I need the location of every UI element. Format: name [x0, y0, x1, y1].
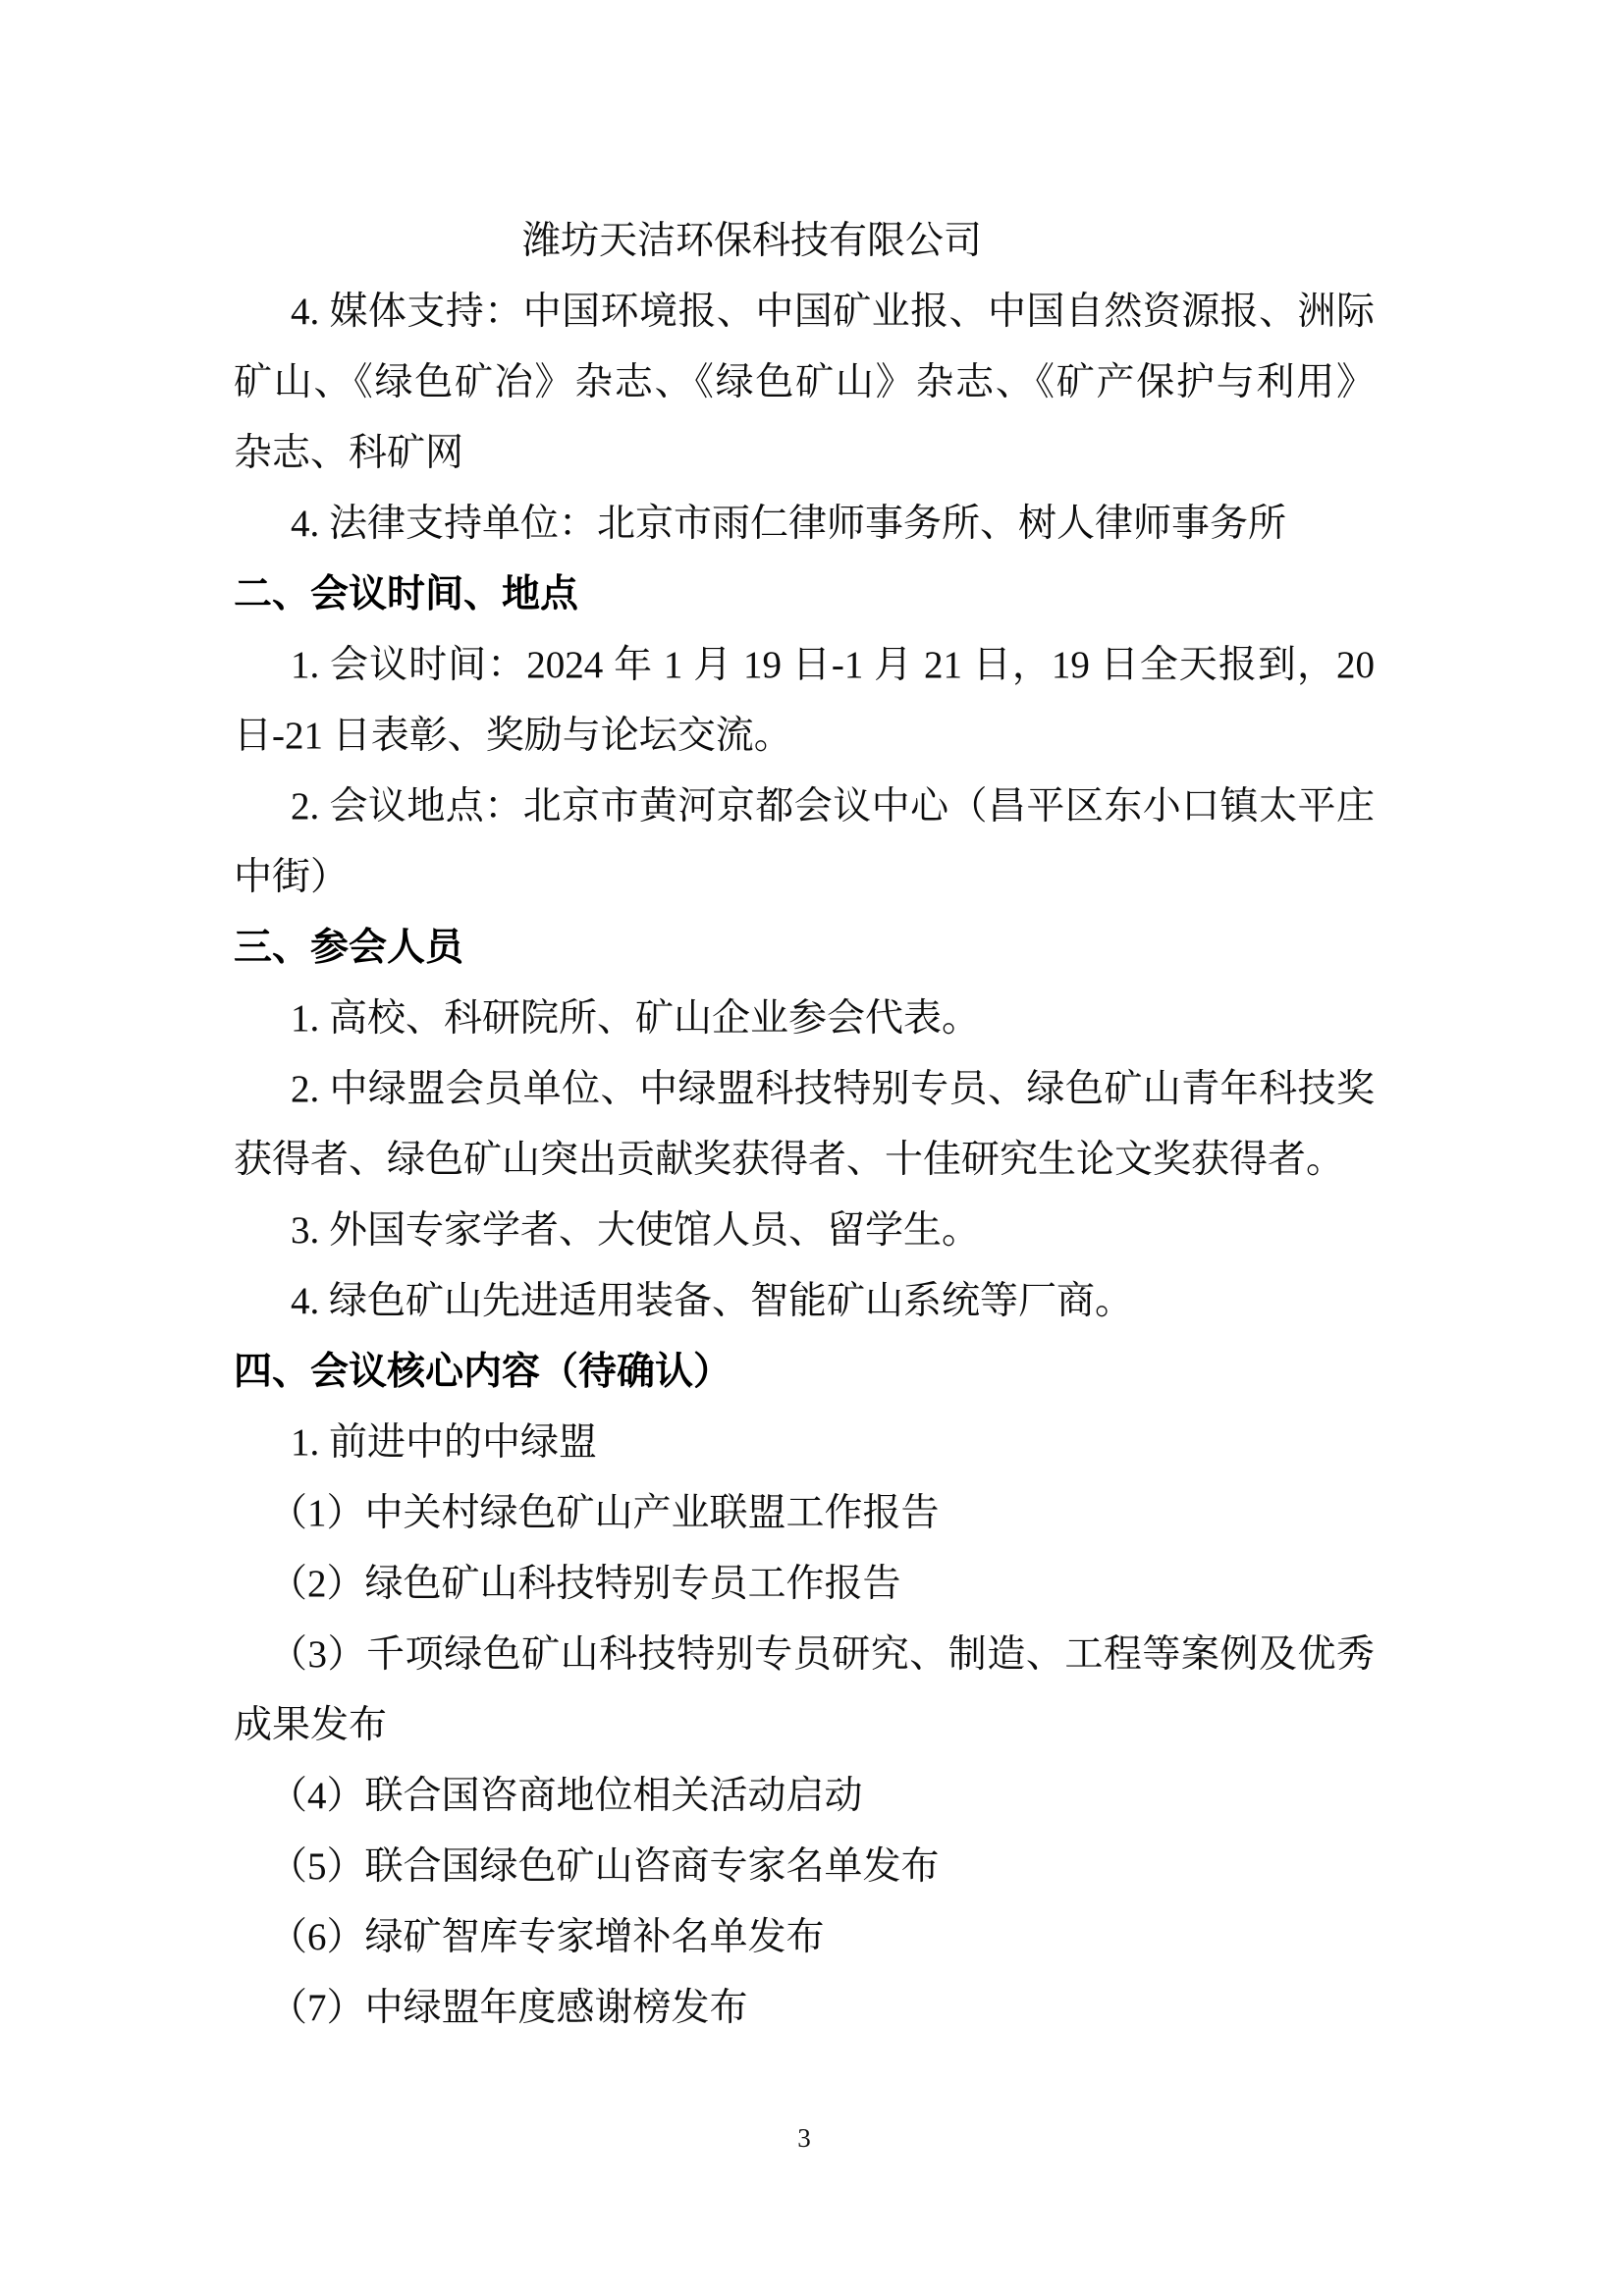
media-support-line-2: 矿山、《绿色矿冶》杂志、《绿色矿山》杂志、《矿产保护与利用》	[234, 347, 1375, 418]
document-page: 潍坊天洁环保科技有限公司 4. 媒体支持：中国环境报、中国矿业报、中国自然资源报…	[0, 0, 1624, 2296]
agenda-sub-item-7: （7）中绿盟年度感谢榜发布	[234, 1973, 1375, 2044]
meeting-time-line-1: 1. 会议时间：2024 年 1 月 19 日-1 月 21 日，19 日全天报…	[234, 630, 1375, 701]
agenda-sub-item-6: （6）绿矿智库专家增补名单发布	[234, 1902, 1375, 1973]
meeting-venue-line-1: 2. 会议地点：北京市黄河京都会议中心（昌平区东小口镇太平庄	[234, 772, 1375, 842]
page-number: 3	[234, 2116, 1375, 2160]
media-support-line-3: 杂志、科矿网	[234, 418, 1375, 489]
heading-section-2: 二、会议时间、地点	[234, 560, 1375, 630]
attendee-item-2-line-1: 2. 中绿盟会员单位、中绿盟科技特别专员、绿色矿山青年科技奖	[234, 1054, 1375, 1125]
attendee-item-4: 4. 绿色矿山先进适用装备、智能矿山系统等厂商。	[234, 1266, 1375, 1337]
meeting-venue-line-2: 中街）	[234, 842, 1375, 913]
agenda-item-1: 1. 前进中的中绿盟	[234, 1408, 1375, 1478]
meeting-time-line-2: 日-21 日表彰、奖励与论坛交流。	[234, 701, 1375, 772]
company-name-line: 潍坊天洁环保科技有限公司	[234, 206, 1375, 277]
heading-section-3: 三、参会人员	[234, 913, 1375, 984]
agenda-sub-item-3-line-1: （3）千项绿色矿山科技特别专员研究、制造、工程等案例及优秀	[234, 1620, 1375, 1690]
agenda-sub-item-1: （1）中关村绿色矿山产业联盟工作报告	[234, 1478, 1375, 1549]
attendee-item-1: 1. 高校、科研院所、矿山企业参会代表。	[234, 984, 1375, 1054]
document-body: 潍坊天洁环保科技有限公司 4. 媒体支持：中国环境报、中国矿业报、中国自然资源报…	[234, 206, 1375, 2044]
legal-support-line: 4. 法律支持单位：北京市雨仁律师事务所、树人律师事务所	[234, 489, 1375, 560]
agenda-sub-item-2: （2）绿色矿山科技特别专员工作报告	[234, 1549, 1375, 1620]
media-support-line-1: 4. 媒体支持：中国环境报、中国矿业报、中国自然资源报、洲际	[234, 277, 1375, 347]
agenda-sub-item-3-line-2: 成果发布	[234, 1690, 1375, 1761]
agenda-sub-item-4: （4）联合国咨商地位相关活动启动	[234, 1761, 1375, 1832]
attendee-item-2-line-2: 获得者、绿色矿山突出贡献奖获得者、十佳研究生论文奖获得者。	[234, 1125, 1375, 1196]
attendee-item-3: 3. 外国专家学者、大使馆人员、留学生。	[234, 1196, 1375, 1266]
heading-section-4: 四、会议核心内容（待确认）	[234, 1337, 1375, 1408]
agenda-sub-item-5: （5）联合国绿色矿山咨商专家名单发布	[234, 1832, 1375, 1902]
